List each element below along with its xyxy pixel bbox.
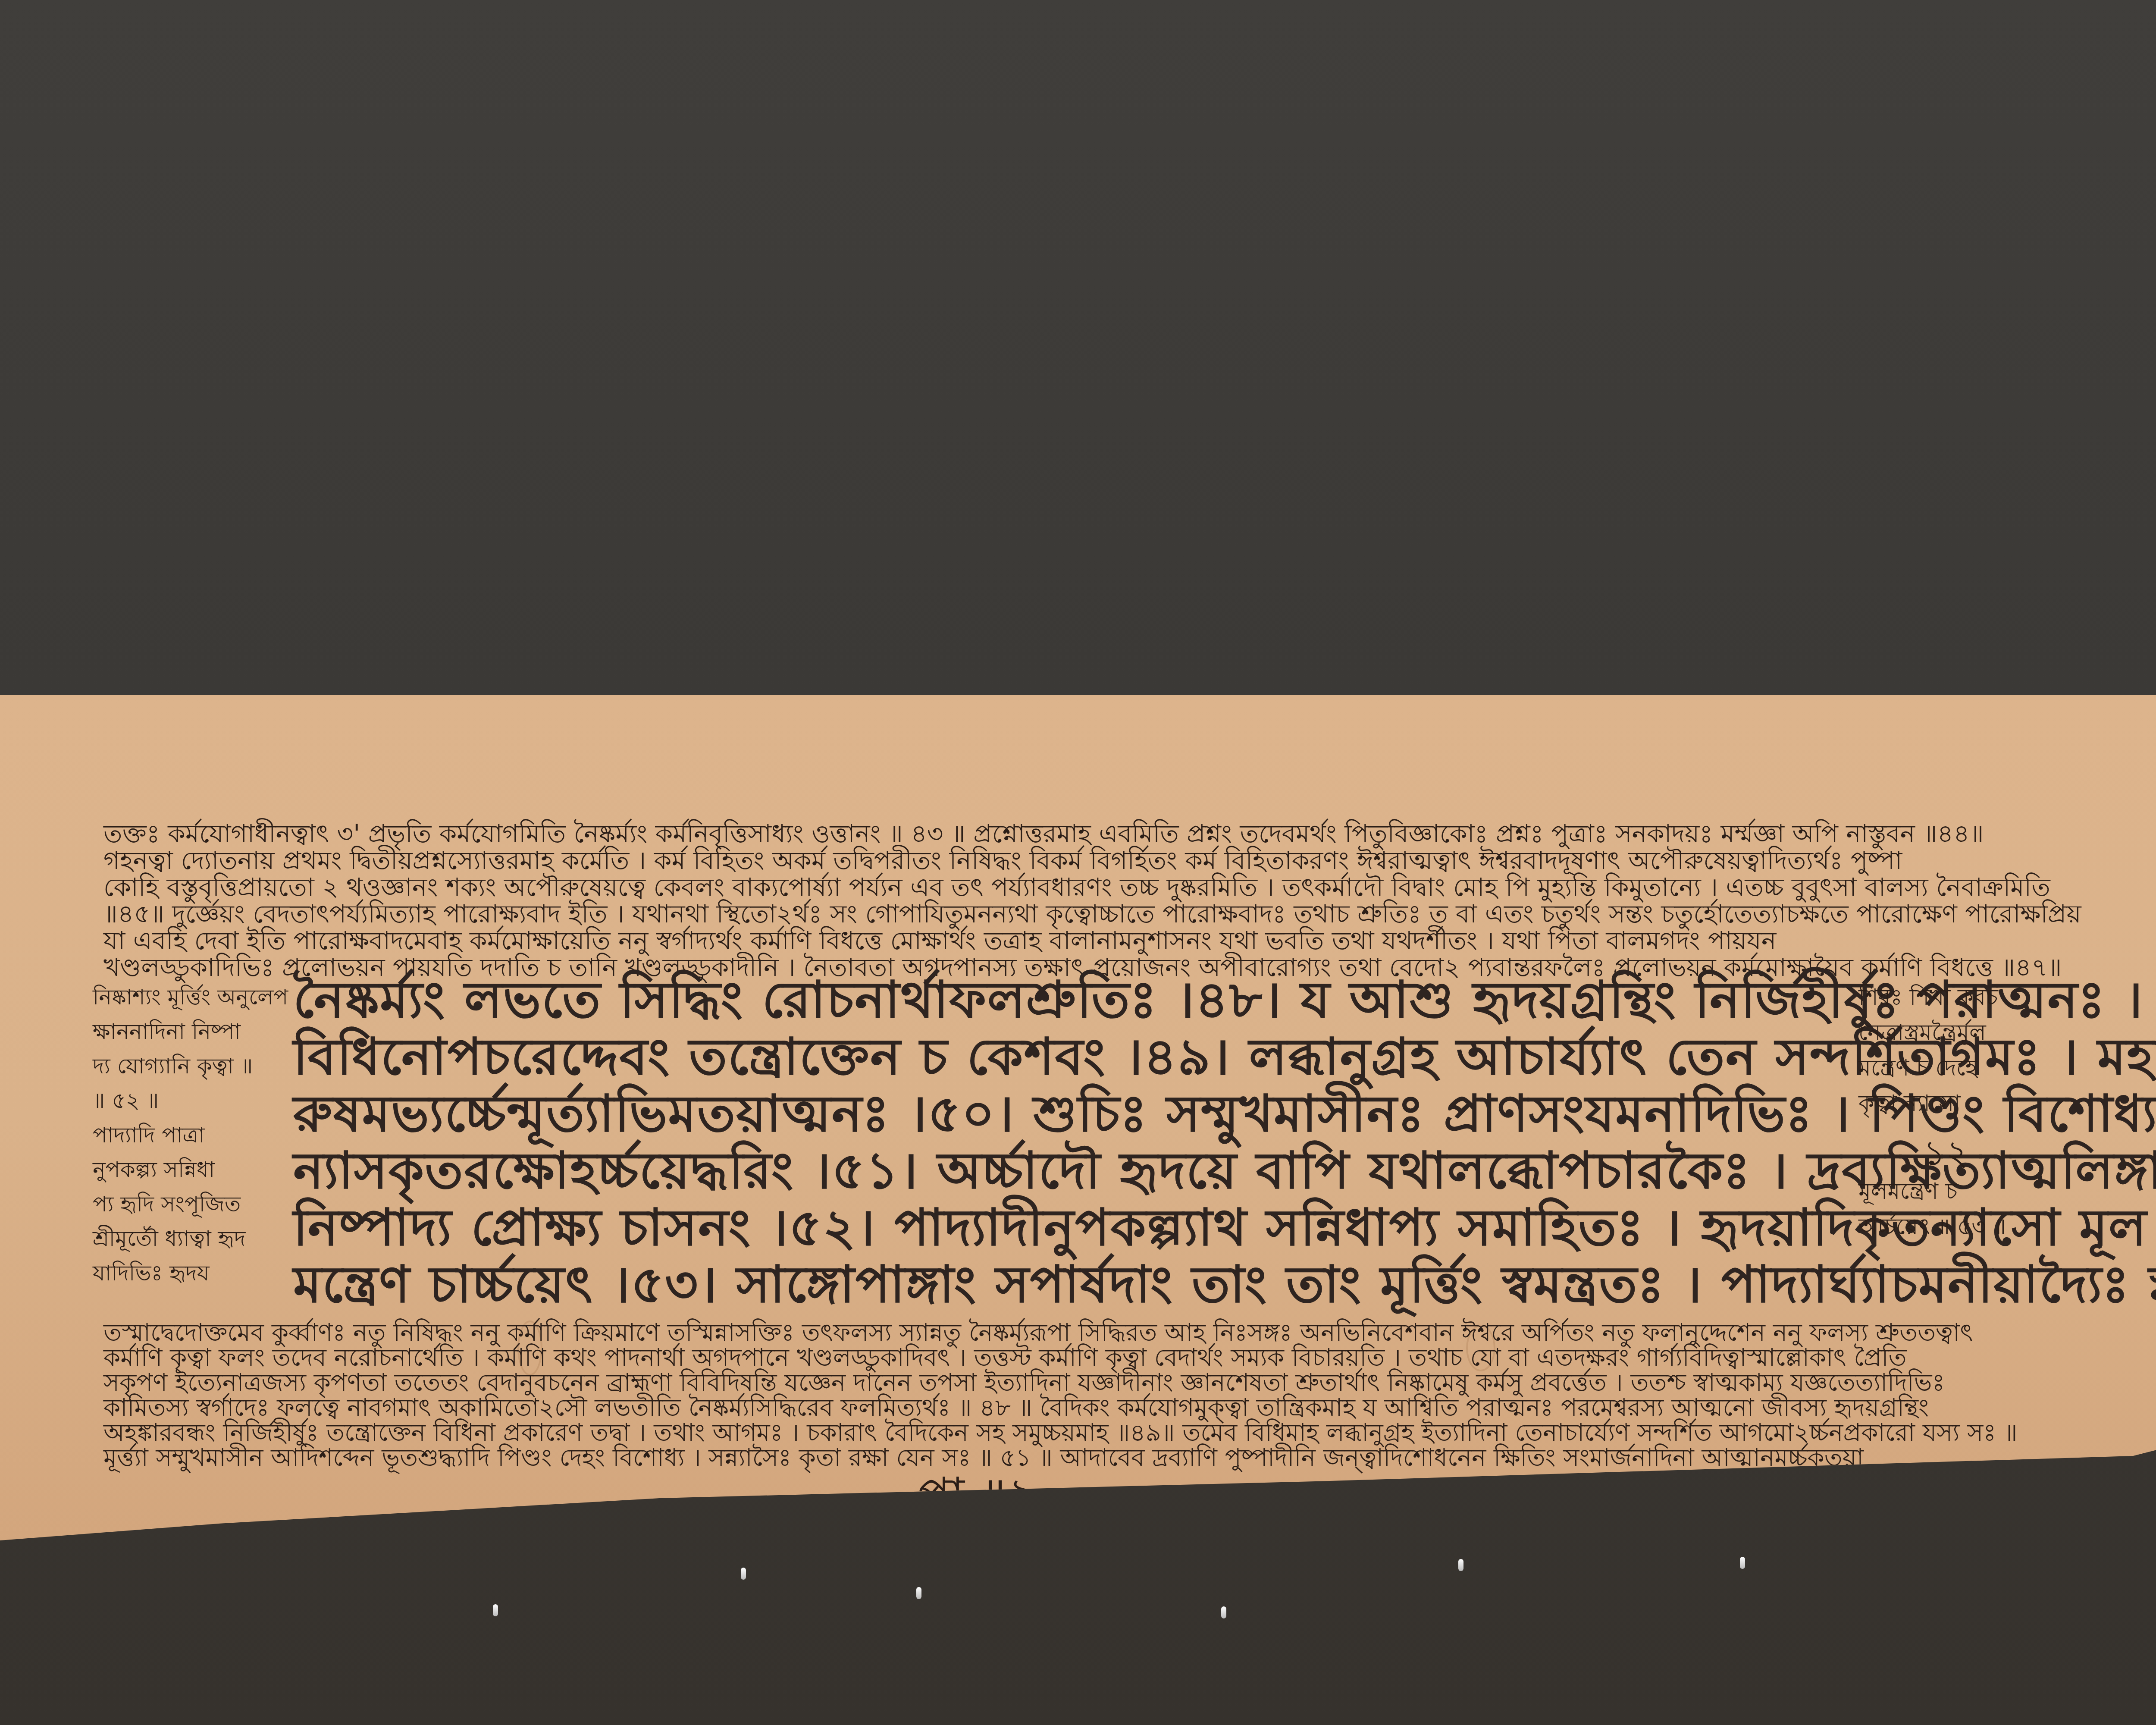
margin-note-line: ॥ ৫২ ॥	[93, 1083, 288, 1118]
pin	[1458, 1559, 1463, 1571]
commentary-line: যা এবহি দেবা ইতি পারোক্ষবাদমেবাহ কর্মমোক…	[103, 927, 2081, 954]
bottom-commentary: তস্মাদ্বেদোক্তমেব কুর্ব্বাণঃ নতু নিষিদ্ধ…	[103, 1320, 2018, 1471]
margin-note-line: অর্চ্চয়েৎ ॥ ৫৩ ॥	[1858, 1209, 2006, 1245]
pin	[493, 1604, 498, 1616]
pin	[741, 1568, 746, 1580]
margin-note-line: পাদ্যাদি পাত্রা	[93, 1118, 288, 1152]
pin	[1740, 1557, 1745, 1569]
commentary-line: ॥৪৫॥ দুর্জ্ঞেয়ং বেদতাৎপর্য্যমিত্যাহ পার…	[103, 900, 2081, 927]
commentary-line: গহনত্বা দ্যোতনায় প্রথমং দ্বিতীয়প্রশ্নস…	[103, 847, 2081, 874]
pin	[916, 1587, 921, 1599]
margin-note-line: প্য হৃদি সংপূজিত	[93, 1187, 288, 1221]
commentary-line: কোহি বস্তুবৃত্তিপ্রায়তো ২ থওজ্ঞানং শক্য…	[103, 874, 2081, 900]
left-margin-notes: নিষ্কাশ্যং মূর্ত্তিং অনুলেপ ক্ষাননাদিনা …	[93, 980, 288, 1290]
margin-note-line: শ্রীমূর্তৌ ধ্যাত্বা হৃদ	[93, 1221, 288, 1256]
margin-note-line: মন্ত্রেণ চ দেহে	[1858, 1051, 1998, 1086]
margin-note-line: নুপকল্প্য সন্নিধা	[93, 1152, 288, 1187]
commentary-line: কামিতস্য স্বর্গাদেঃ ফলত্বে নাবগমাৎ অকামি…	[103, 1396, 2018, 1421]
margin-note-line: মূলমন্ত্রেণ চ	[1858, 1174, 2006, 1209]
commentary-line: তক্তঃ কর্মযোগাধীনত্বাৎ ৩' প্রভৃতি কর্মযো…	[103, 820, 2081, 847]
commentary-line: কর্মাণি কৃত্বা ফলং তদেব নরোচনার্থেতি । ক…	[103, 1345, 2018, 1371]
margin-note-line: দ্য যোগ্যানি কৃত্বা ॥	[93, 1049, 288, 1083]
commentary-line: সকৃপণ ইত্যেনাত্রজস্য কৃপণতা ততেতং বেদানু…	[103, 1371, 2018, 1396]
pin	[1221, 1606, 1226, 1618]
manuscript-folio: তক্তঃ কর্মযোগাধীনত্বাৎ ৩' প্রভৃতি কর্মযো…	[0, 695, 2156, 1540]
commentary-line: তস্মাদ্বেদোক্তমেব কুর্ব্বাণঃ নতু নিষিদ্ধ…	[103, 1320, 2018, 1345]
right-margin-notes-bottom: মূলমন্ত্রেণ চ অর্চ্চয়েৎ ॥ ৫৩ ॥	[1858, 1174, 2006, 1245]
right-margin-notes: শিরঃ শিখা কবচ নেত্রাস্ত্রমন্ত্রৈর্মূল মন…	[1858, 980, 1998, 1121]
top-commentary: তক্তঃ কর্মযোগাধীনত্বাৎ ৩' প্রভৃতি কর্মযো…	[103, 820, 2081, 981]
margin-note-line: ক্ষাননাদিনা নিষ্পা	[93, 1014, 288, 1049]
margin-note-line: নেত্রাস্ত্রমন্ত্রৈর্মূল	[1858, 1015, 1998, 1051]
margin-note-line: কৃত্বা ন্যাসো	[1858, 1086, 1998, 1121]
commentary-line: অহঙ্কারবন্ধং নির্জিহীর্ষুঃ তন্ত্রোক্তেন …	[103, 1421, 2018, 1446]
margin-note-line: শিরঃ শিখা কবচ	[1858, 980, 1998, 1015]
verse-line: মন্ত্রেণ চার্চ্চয়েৎ ।৫৩। সাঙ্গোপাঙ্গাং …	[293, 1256, 2156, 1313]
commentary-line: মূর্ত্ত্যা সম্মুখমাসীন আদিশব্দেন ভূতশুদ্…	[103, 1446, 2018, 1471]
margin-note-line: যাদিভিঃ হৃদয	[93, 1256, 288, 1290]
margin-note-line: নিষ্কাশ্যং মূর্ত্তিং অনুলেপ	[93, 980, 288, 1014]
